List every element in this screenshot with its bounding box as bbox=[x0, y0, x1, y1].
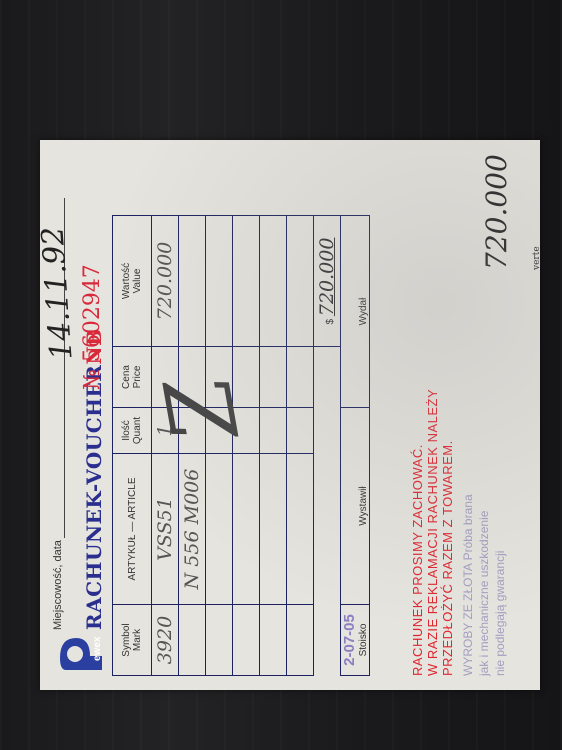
table-row bbox=[233, 216, 260, 676]
dispensed-cell: Wydał bbox=[341, 216, 370, 408]
title-text: RACHUNEK-VOUCHER bbox=[82, 365, 106, 630]
receipt-photo: ewex Miejscowość, data 14.11.92 RACHUNEK… bbox=[40, 140, 540, 690]
col-article: ARTYKUŁ — ARTICLE bbox=[113, 454, 152, 605]
items-table: SymbolMark ARTYKUŁ — ARTICLE IlośćQuant … bbox=[112, 215, 370, 676]
receipt-sheet: ewex Miejscowość, data 14.11.92 RACHUNEK… bbox=[40, 140, 540, 690]
table-row bbox=[260, 216, 287, 676]
handwritten-total: 720.000 verte bbox=[480, 140, 546, 270]
col-mark: SymbolMark bbox=[113, 605, 152, 676]
issued-cell: Wystawił bbox=[341, 408, 370, 605]
signature-row: 2-07-05Stoisko Wystawił Wydał bbox=[341, 216, 370, 676]
number-value: 5602947 bbox=[80, 264, 105, 362]
table-row bbox=[287, 216, 314, 676]
col-quant: IlośćQuant bbox=[113, 408, 152, 454]
total-row: $ 720.000 bbox=[314, 216, 341, 676]
warranty-stamp: WYROBY ZE ZŁOTA Próba brana jak i mechan… bbox=[460, 494, 508, 676]
number-label: № bbox=[80, 369, 105, 390]
place-date-label: Miejscowość, data bbox=[52, 540, 64, 630]
stall-cell: 2-07-05Stoisko bbox=[341, 605, 370, 676]
total-cell: $ 720.000 bbox=[314, 216, 341, 347]
svg-text:ewex: ewex bbox=[92, 636, 103, 661]
receipt-number: № 5602947 bbox=[80, 264, 105, 390]
pewex-logo-icon: ewex bbox=[58, 632, 104, 678]
table-row bbox=[206, 216, 233, 676]
col-value: WartośćValue bbox=[113, 216, 152, 347]
handwritten-date: 14.11.92 bbox=[35, 225, 79, 361]
table-header: SymbolMark ARTYKUŁ — ARTICLE IlośćQuant … bbox=[113, 216, 152, 676]
keep-receipt-notice: RACHUNEK PROSIMY ZACHOWAĆ. W RAZIE REKLA… bbox=[410, 389, 455, 676]
table-row: N 556 M006 bbox=[179, 216, 206, 676]
col-price: CenaPrice bbox=[113, 347, 152, 408]
